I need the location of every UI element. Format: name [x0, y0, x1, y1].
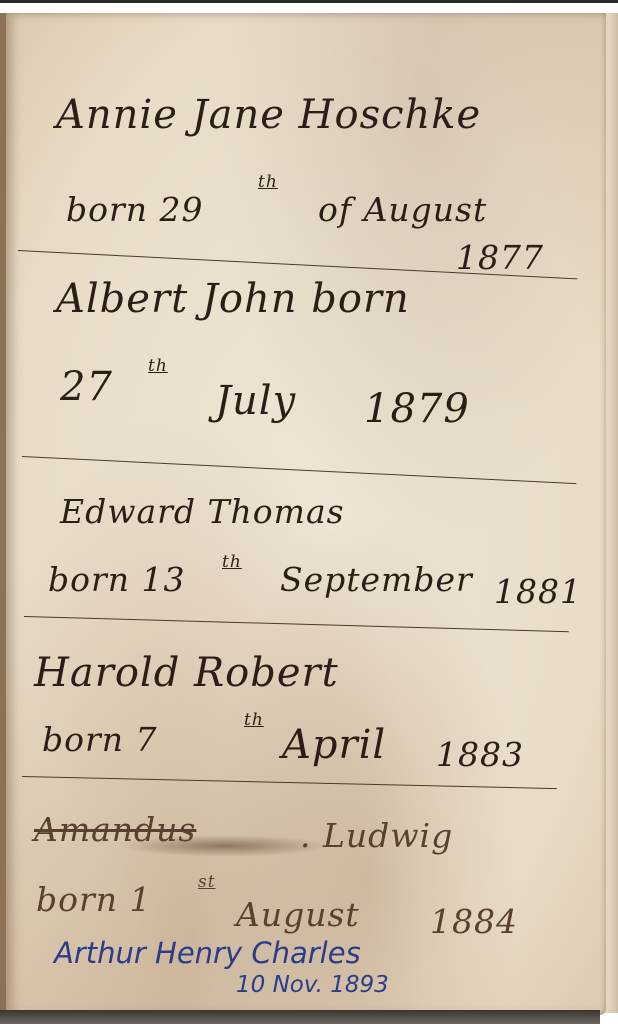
later-entry-name: Arthur Henry Charles — [54, 936, 361, 970]
entry-5-name: . Ludwig — [300, 816, 453, 855]
entry-4-ordinal: th — [244, 710, 264, 730]
top-border — [0, 0, 618, 3]
entry-1-birth-line: born 29 — [66, 190, 204, 229]
entry-2-ordinal: th — [148, 356, 168, 376]
entry-2-day: 27 — [60, 364, 113, 410]
entry-2-month: July — [215, 378, 296, 424]
entry-4-name: Harold Robert — [34, 650, 339, 696]
entry-5-birth-line: born 1 — [36, 880, 152, 919]
entry-2-name: Albert John born — [56, 276, 410, 322]
entry-1-year: 1877 — [456, 238, 544, 277]
entry-5-ordinal: st — [198, 872, 216, 892]
entry-3-month: September — [280, 560, 473, 599]
entry-3-birth-line: born 13 — [48, 560, 186, 599]
entry-5-month: August — [236, 895, 360, 934]
entry-4-month: April — [282, 722, 386, 768]
entry-1-month: of August — [318, 190, 487, 229]
entry-5-name-crossed: Amandus — [34, 810, 196, 849]
entry-2-year: 1879 — [364, 386, 470, 432]
entry-3-year: 1881 — [494, 572, 582, 611]
book-cover-edge — [0, 1010, 600, 1024]
entry-3-name: Edward Thomas — [60, 492, 345, 531]
later-entry-date: 10 Nov. 1893 — [236, 972, 389, 998]
entry-5-year: 1884 — [430, 902, 518, 941]
entry-4-year: 1883 — [436, 735, 524, 774]
entry-1-ordinal: th — [258, 172, 278, 192]
entry-1-name: Annie Jane Hoschke — [56, 92, 481, 138]
entry-3-ordinal: th — [222, 552, 242, 572]
entry-4-birth-line: born 7 — [42, 720, 158, 759]
